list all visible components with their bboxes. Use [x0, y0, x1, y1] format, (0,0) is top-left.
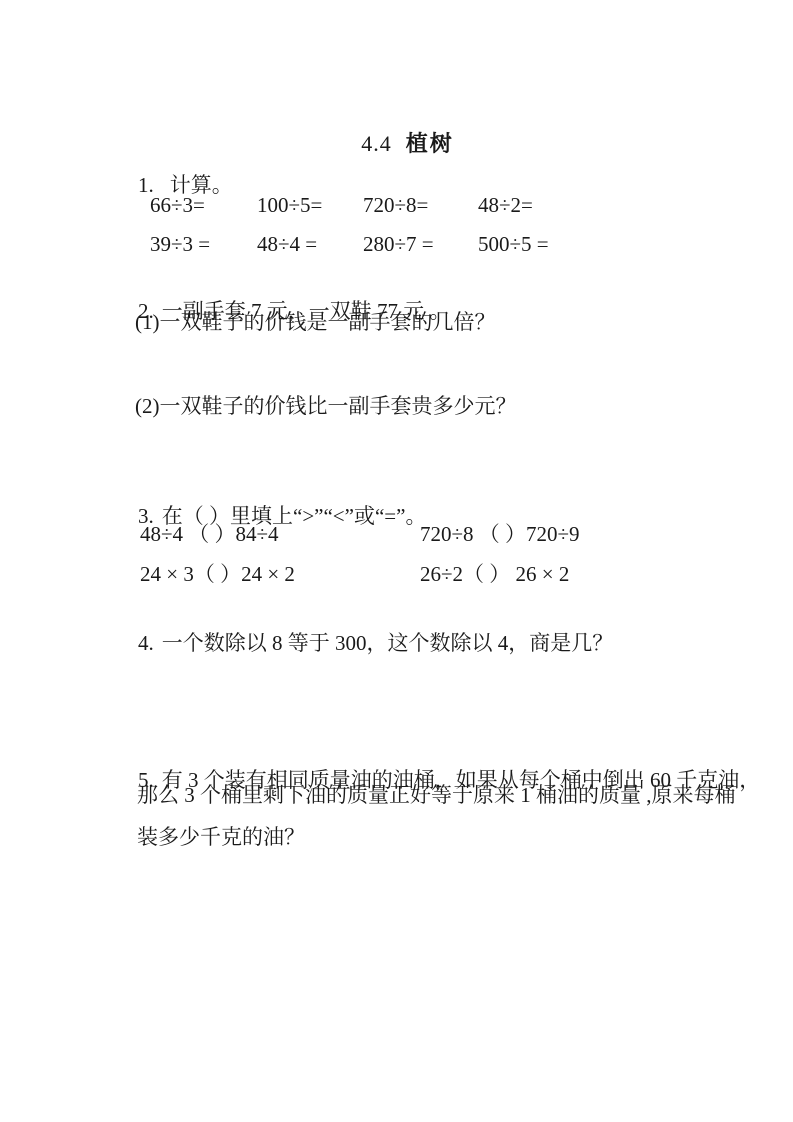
worksheet-page: 4.4植树 1.计算。 66÷3= 100÷5= 720÷8= 48÷2= 39… [0, 0, 793, 1122]
problem-2-sub-question-1: (1)一双鞋子的价钱是一副手套的几倍？ [135, 309, 496, 335]
calc-cell: 66÷3= [150, 192, 205, 218]
calc-cell: 500÷5 = [478, 231, 549, 257]
problem-4-number: 4. [138, 630, 154, 656]
problem-5-line-3: 装多少千克的油？ [137, 824, 305, 850]
title-section-number: 4.4 [361, 131, 392, 156]
calc-cell: 39÷3 = [150, 231, 210, 257]
comparison-cell: 48÷4 （ ）84÷4 [140, 521, 279, 547]
calc-cell: 720÷8= [363, 192, 428, 218]
problem-2-sub-question-2: (2)一双鞋子的价钱比一副手套贵多少元？ [135, 393, 517, 419]
problem-4-text: 一个数除以 8 等于 300，这个数除以 4，商是几？ [162, 631, 614, 655]
comparison-cell: 24 × 3（ ）24 × 2 [140, 561, 295, 587]
title-text: 植树 [406, 131, 454, 156]
comparison-cell: 26÷2（ ） 26 × 2 [420, 561, 569, 587]
calc-cell: 48÷2= [478, 192, 533, 218]
calc-cell: 100÷5= [257, 192, 322, 218]
calc-cell: 280÷7 = [363, 231, 434, 257]
calc-cell: 48÷4 = [257, 231, 317, 257]
problem-4-heading: 4.一个数除以 8 等于 300，这个数除以 4，商是几？ [117, 604, 613, 683]
comparison-cell: 720÷8 （ ）720÷9 [420, 521, 580, 547]
problem-5-line-2: 那么 3 个桶里剩下油的质量正好等于原来 1 桶油的质量 ,原来每桶 [137, 782, 736, 808]
